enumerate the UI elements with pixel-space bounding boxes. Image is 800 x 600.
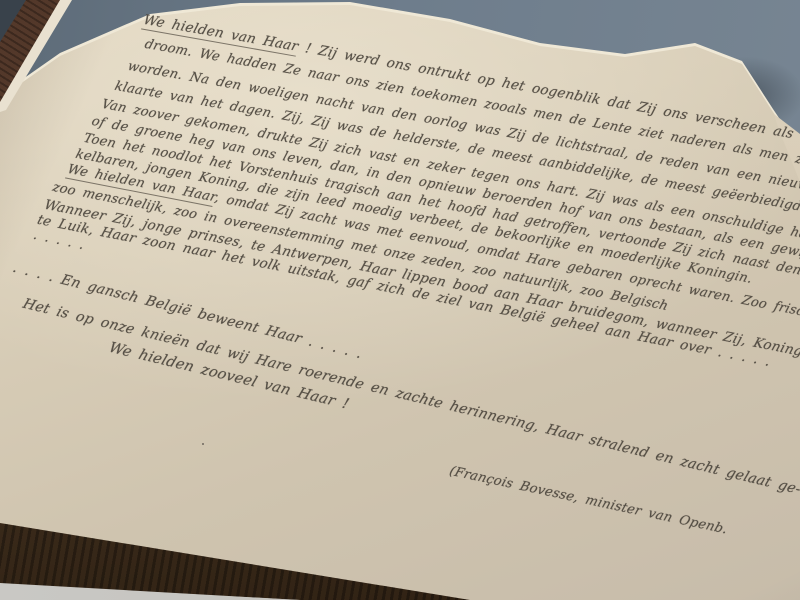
photo-of-manuscript: We hielden van Haar ! Zij werd ons ontru… <box>0 0 800 600</box>
ink-speck <box>202 443 204 445</box>
